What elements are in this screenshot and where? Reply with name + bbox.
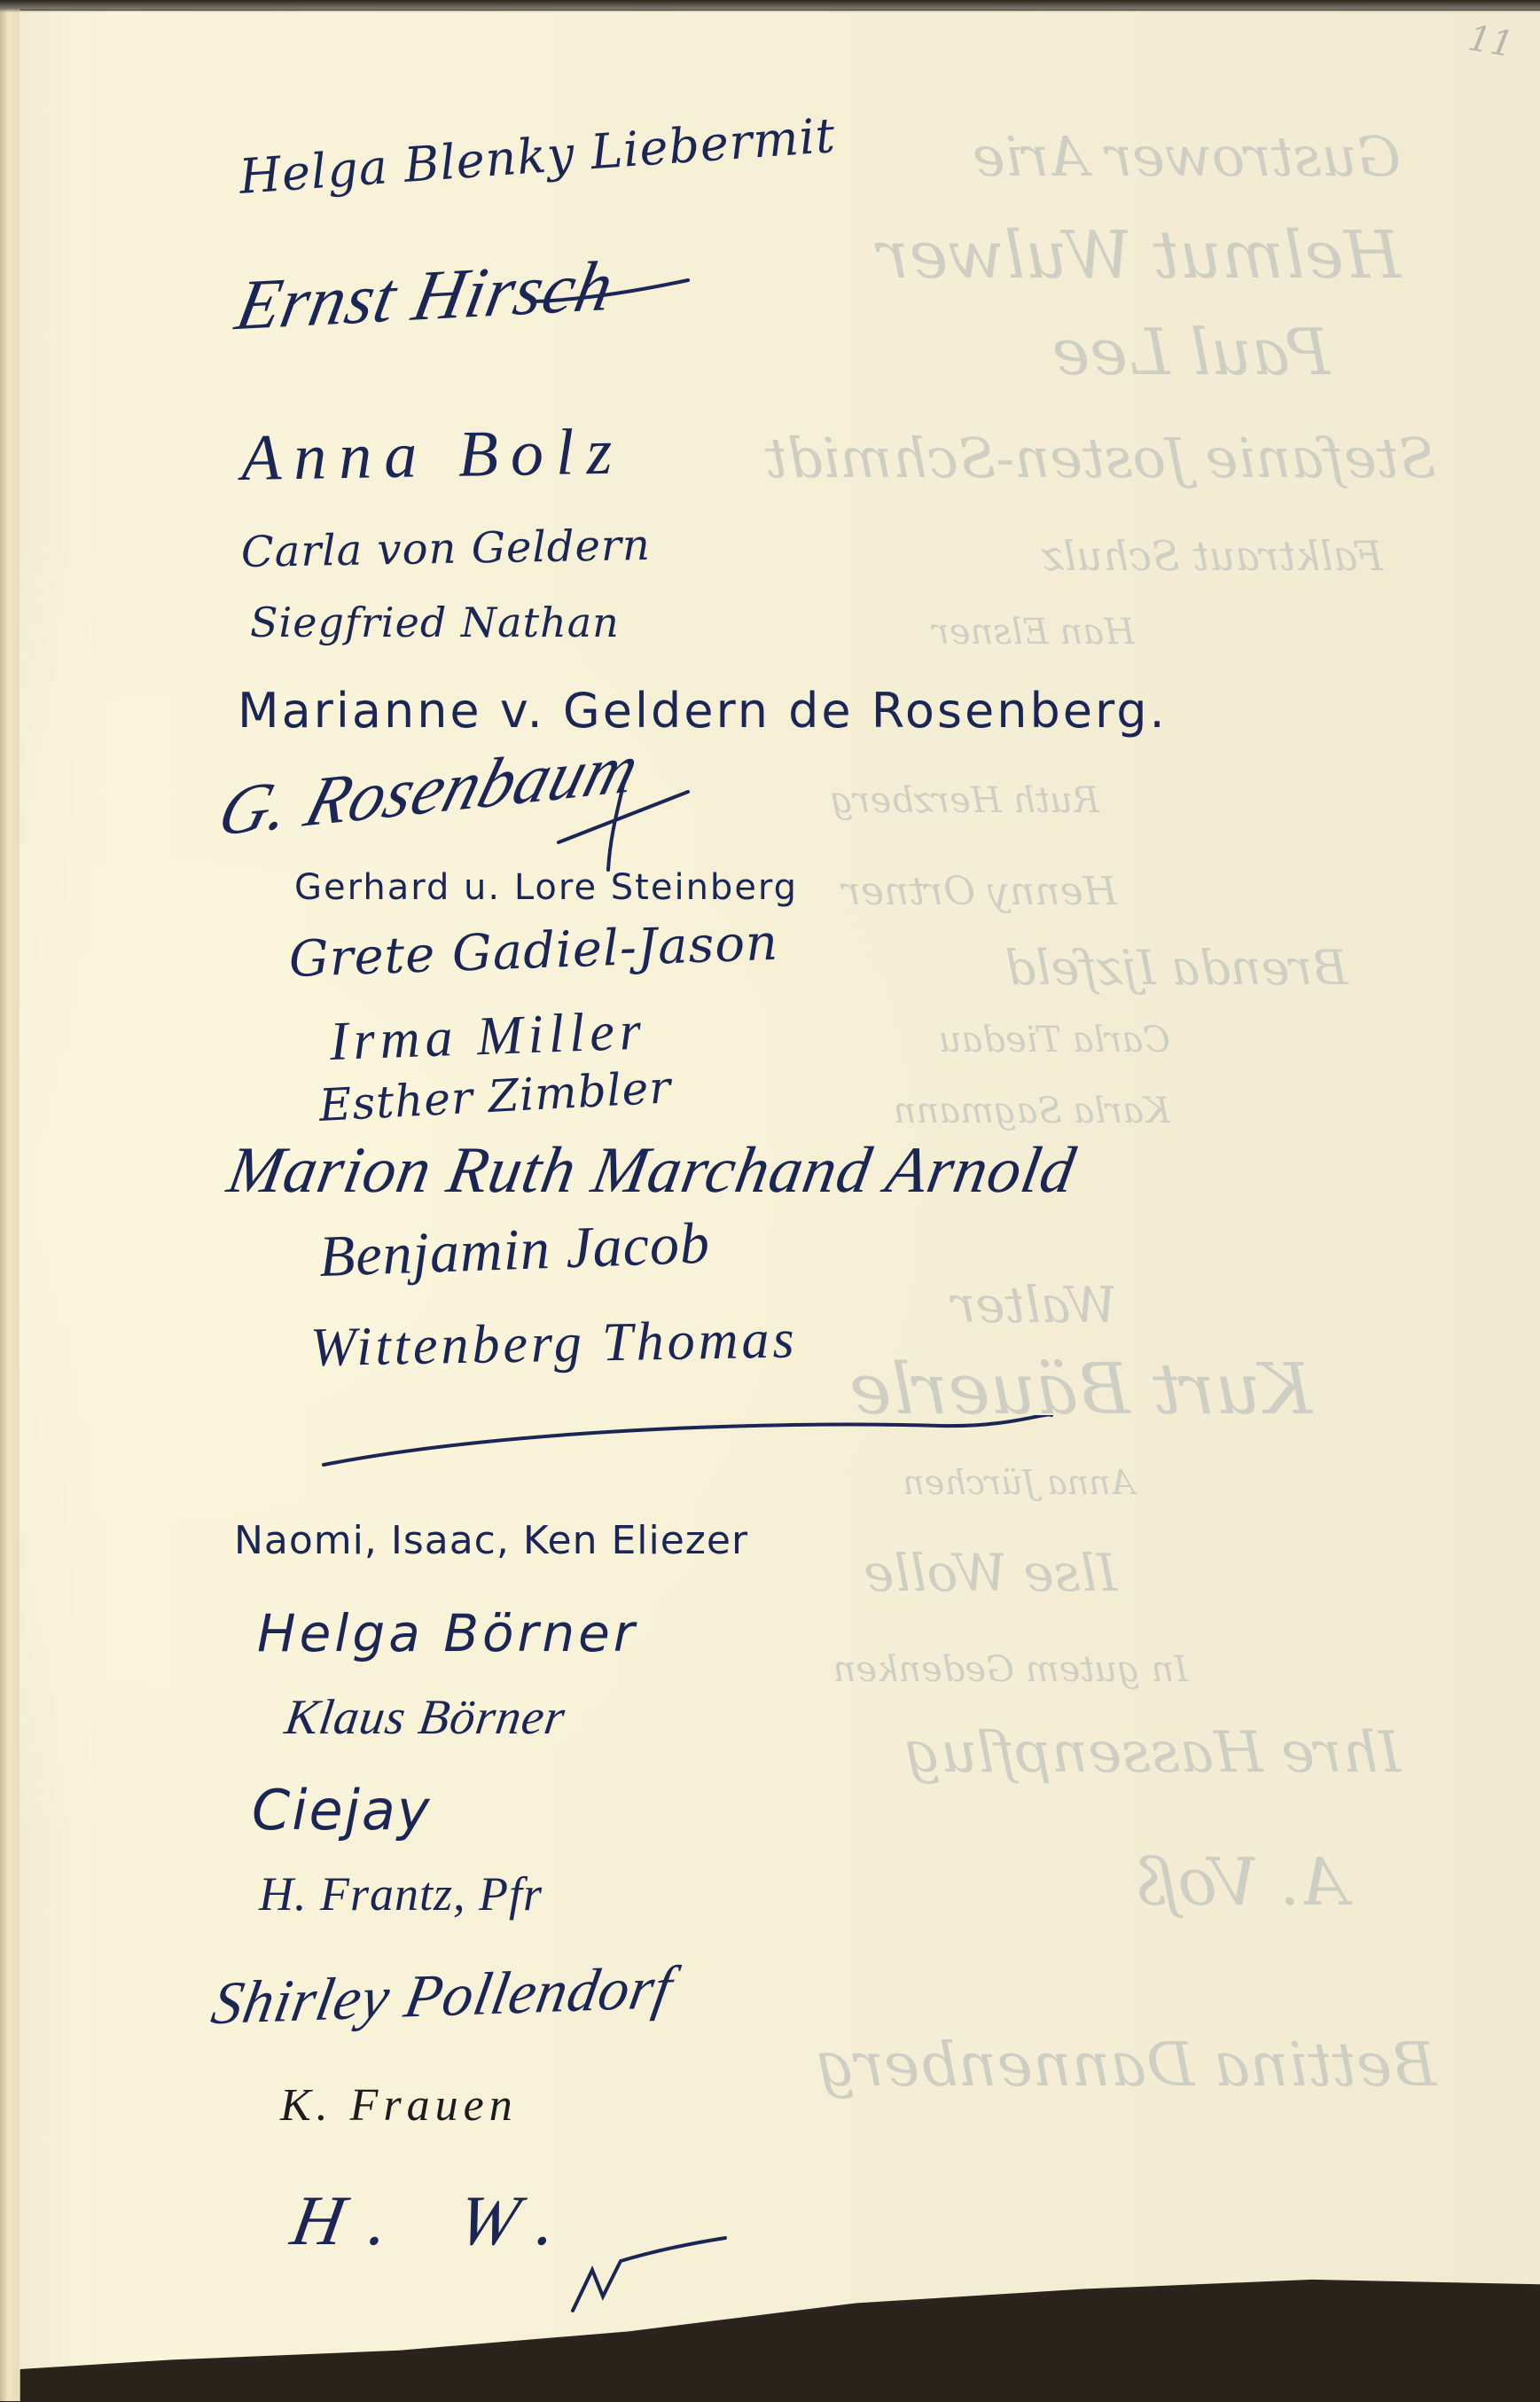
signature: Anna Bolz (240, 414, 625, 497)
signature: Siegfried Nathan (250, 599, 620, 646)
signature: Shirley Pollendorf (207, 1952, 678, 2039)
signature: Ciejay (252, 1778, 432, 1843)
signature: Grete Gadiel-Jason (288, 914, 779, 989)
signature: K. Frauen (280, 2079, 518, 2132)
signature: Klaus Börner (282, 1689, 569, 1746)
signature: H. W. (285, 2181, 590, 2262)
signature-cross-stroke (541, 776, 692, 873)
signature: Helga Blenky Liebermit (238, 107, 838, 205)
signature-underline-stroke (532, 275, 692, 310)
signature: H. Frantz, Pfr (259, 1866, 543, 1921)
signature: Carla von Geldern (241, 520, 652, 577)
signature: Wittenberg Thomas (309, 1308, 798, 1380)
signature: Naomi, Isaac, Ken Eliezer (234, 1518, 748, 1563)
flourish-divider (319, 1415, 1055, 1468)
signature: Helga Börner (257, 1603, 638, 1663)
signature: Benjamin Jacob (318, 1210, 711, 1291)
signature: Irma Miller (329, 1000, 647, 1074)
signature-list: Helga Blenky Liebermit Ernst Hirsch Anna… (0, 0, 1540, 2402)
signature: Marianne v. Geldern de Rosenberg. (238, 683, 1168, 739)
signature: Marion Ruth Marchand Arnold (223, 1133, 1082, 1209)
signature-underline-stroke (567, 2234, 727, 2314)
